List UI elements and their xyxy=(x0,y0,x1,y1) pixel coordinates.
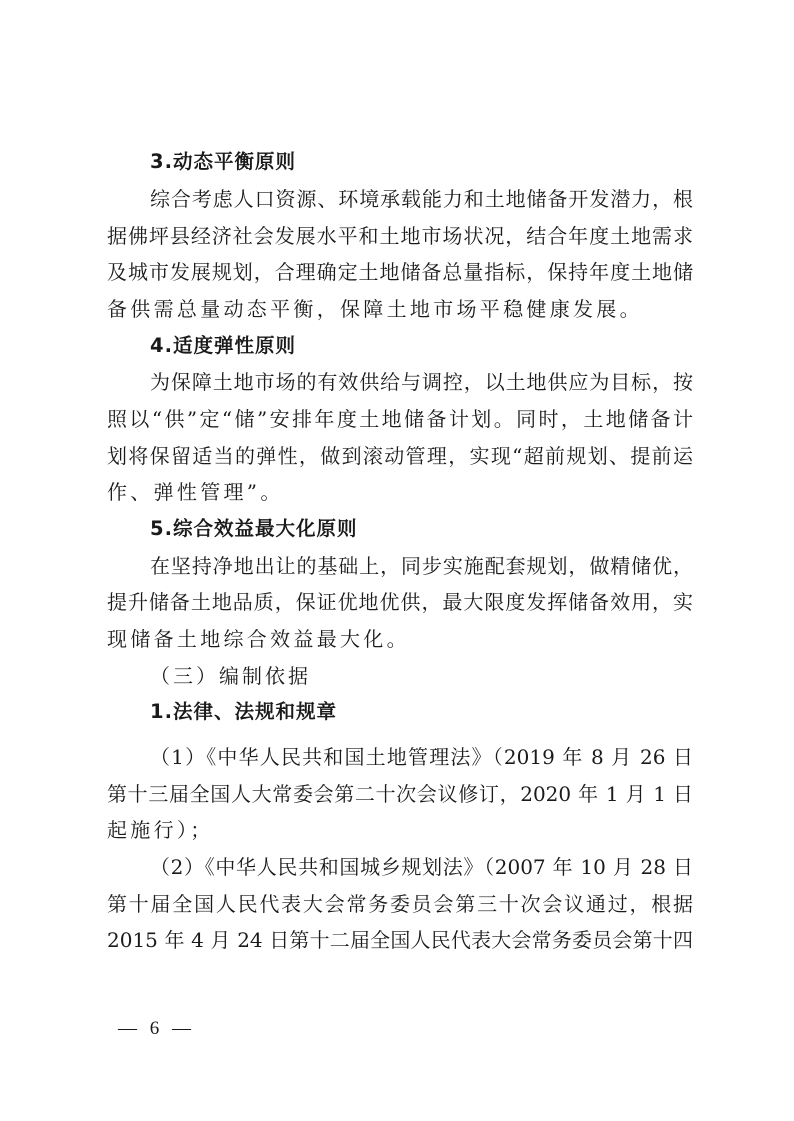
paragraph-line: 第十届全国人民代表大会常务委员会第三十次会议通过，根据 xyxy=(107,889,693,919)
paragraph-line: 现储备土地综合效益最大化。 xyxy=(107,624,693,654)
section-heading-laws: 1.法律、法规和规章 xyxy=(150,697,693,727)
document-page: 3.动态平衡原则 综合考虑人口资源、环境承载能力和土地储备开发潜力，根 据佛坪县… xyxy=(0,0,794,1121)
page-number: — 6 — xyxy=(118,1018,195,1040)
paragraph-line: 为保障土地市场的有效供给与调控，以土地供应为目标，按 xyxy=(150,367,693,397)
paragraph-line: 2015 年 4 月 24 日第十二届全国人民代表大会常务委员会第十四 xyxy=(107,925,693,955)
section-heading-dynamic-balance: 3.动态平衡原则 xyxy=(150,147,693,177)
paragraph-line: 划将保留适当的弹性，做到滚动管理，实现“超前规划、提前运 xyxy=(107,441,693,471)
section-heading-moderate-flexibility: 4.适度弹性原则 xyxy=(150,331,693,361)
paragraph-line: 综合考虑人口资源、环境承载能力和土地储备开发潜力，根 xyxy=(150,184,693,214)
paragraph-line: （2）《中华人民共和国城乡规划法》（2007 年 10 月 28 日 xyxy=(150,852,693,882)
paragraph-line: 在坚持净地出让的基础上，同步实施配套规划，做精储优， xyxy=(150,551,693,581)
paragraph-line: 照以“供”定“储”安排年度土地储备计划。同时，土地储备计 xyxy=(107,404,693,434)
paragraph-line: 及城市发展规划，合理确定土地储备总量指标，保持年度土地储 xyxy=(107,257,693,287)
paragraph-line: 提升储备土地品质，保证优地优供，最大限度发挥储备效用，实 xyxy=(107,587,693,617)
paragraph-line: 备供需总量动态平衡，保障土地市场平稳健康发展。 xyxy=(107,294,693,324)
paragraph-line: 第十三届全国人大常委会第二十次会议修订，2020 年 1 月 1 日 xyxy=(107,779,693,809)
paragraph-line: 作、弹性管理”。 xyxy=(107,477,693,507)
section-heading-max-benefit: 5.综合效益最大化原则 xyxy=(150,514,693,544)
paragraph-line: 起施行）； xyxy=(107,815,693,845)
subsection-heading-basis: （三）编制依据 xyxy=(150,661,693,691)
paragraph-line: 据佛坪县经济社会发展水平和土地市场状况，结合年度土地需求 xyxy=(107,221,693,251)
paragraph-line: （1）《中华人民共和国土地管理法》（2019 年 8 月 26 日 xyxy=(150,742,693,772)
